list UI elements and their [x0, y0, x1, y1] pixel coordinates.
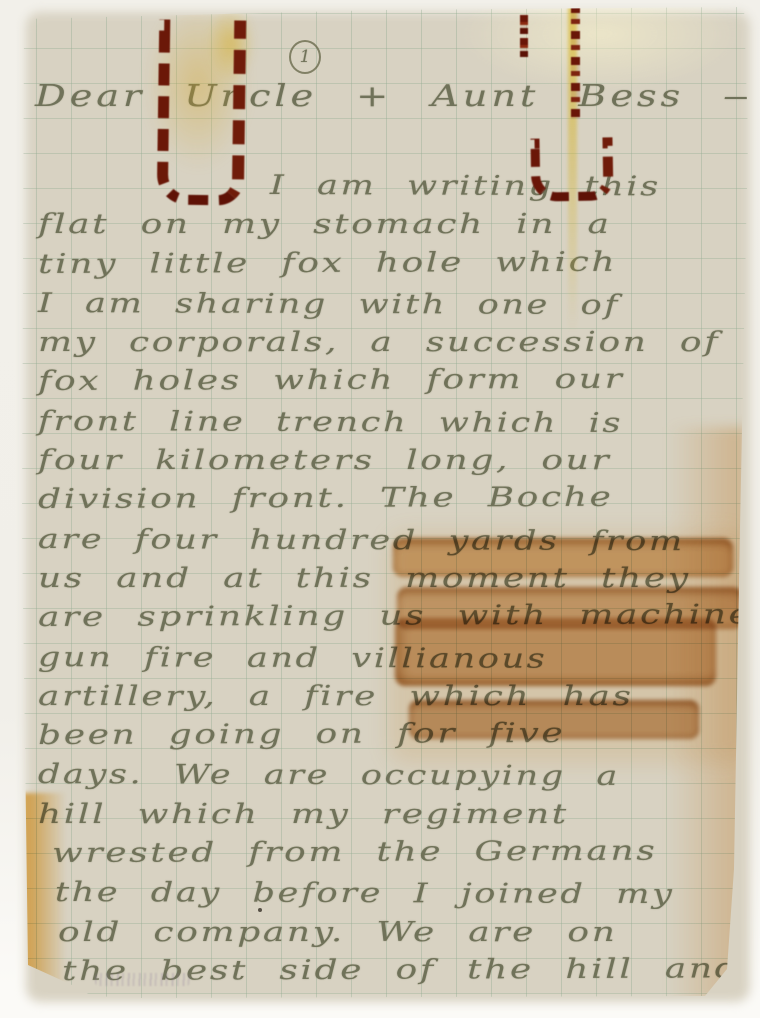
- ink-dot: [258, 908, 262, 912]
- letter-line: my corporals, a succession of: [38, 327, 752, 366]
- letter-page: 1 Dear Uncle + Aunt Bess — I am writing …: [22, 7, 748, 998]
- letter-line: tiny little fox hole which: [38, 246, 753, 288]
- letter-line: wrested from the Germans: [52, 835, 748, 877]
- stain-amber-band-1: [393, 538, 733, 577]
- letter-line: division front. The Boche: [38, 482, 753, 524]
- letter-line: days. We are occupying a: [38, 759, 736, 801]
- stain-rust-dash-2: [571, 5, 580, 119]
- letter-line: flat on my stomach in a: [38, 209, 752, 248]
- page-number: 1: [300, 47, 311, 67]
- letter-line: I am sharing with one of: [38, 288, 736, 330]
- letter-line: four kilometers long, our: [38, 445, 752, 484]
- letter-line: the day before I joined my: [55, 877, 731, 919]
- faint-pencil-notation: [95, 973, 190, 986]
- letter-line: fox holes which form our: [38, 364, 753, 406]
- stain-rust-dash-1: [520, 15, 528, 61]
- stain-amber-band-3: [395, 618, 716, 686]
- letter-line: old company. We are on: [58, 917, 746, 956]
- page-number-circle: 1: [289, 40, 321, 74]
- stain-amber-band-4: [409, 700, 699, 739]
- stain-rust-clip-right: [530, 137, 613, 201]
- letter-line: front line trench which is: [38, 406, 736, 448]
- letter-line: hill which my regiment: [38, 799, 752, 838]
- scanned-letter: 1 Dear Uncle + Aunt Bess — I am writing …: [0, 0, 760, 1018]
- stain-rust-clip-left: [157, 19, 247, 205]
